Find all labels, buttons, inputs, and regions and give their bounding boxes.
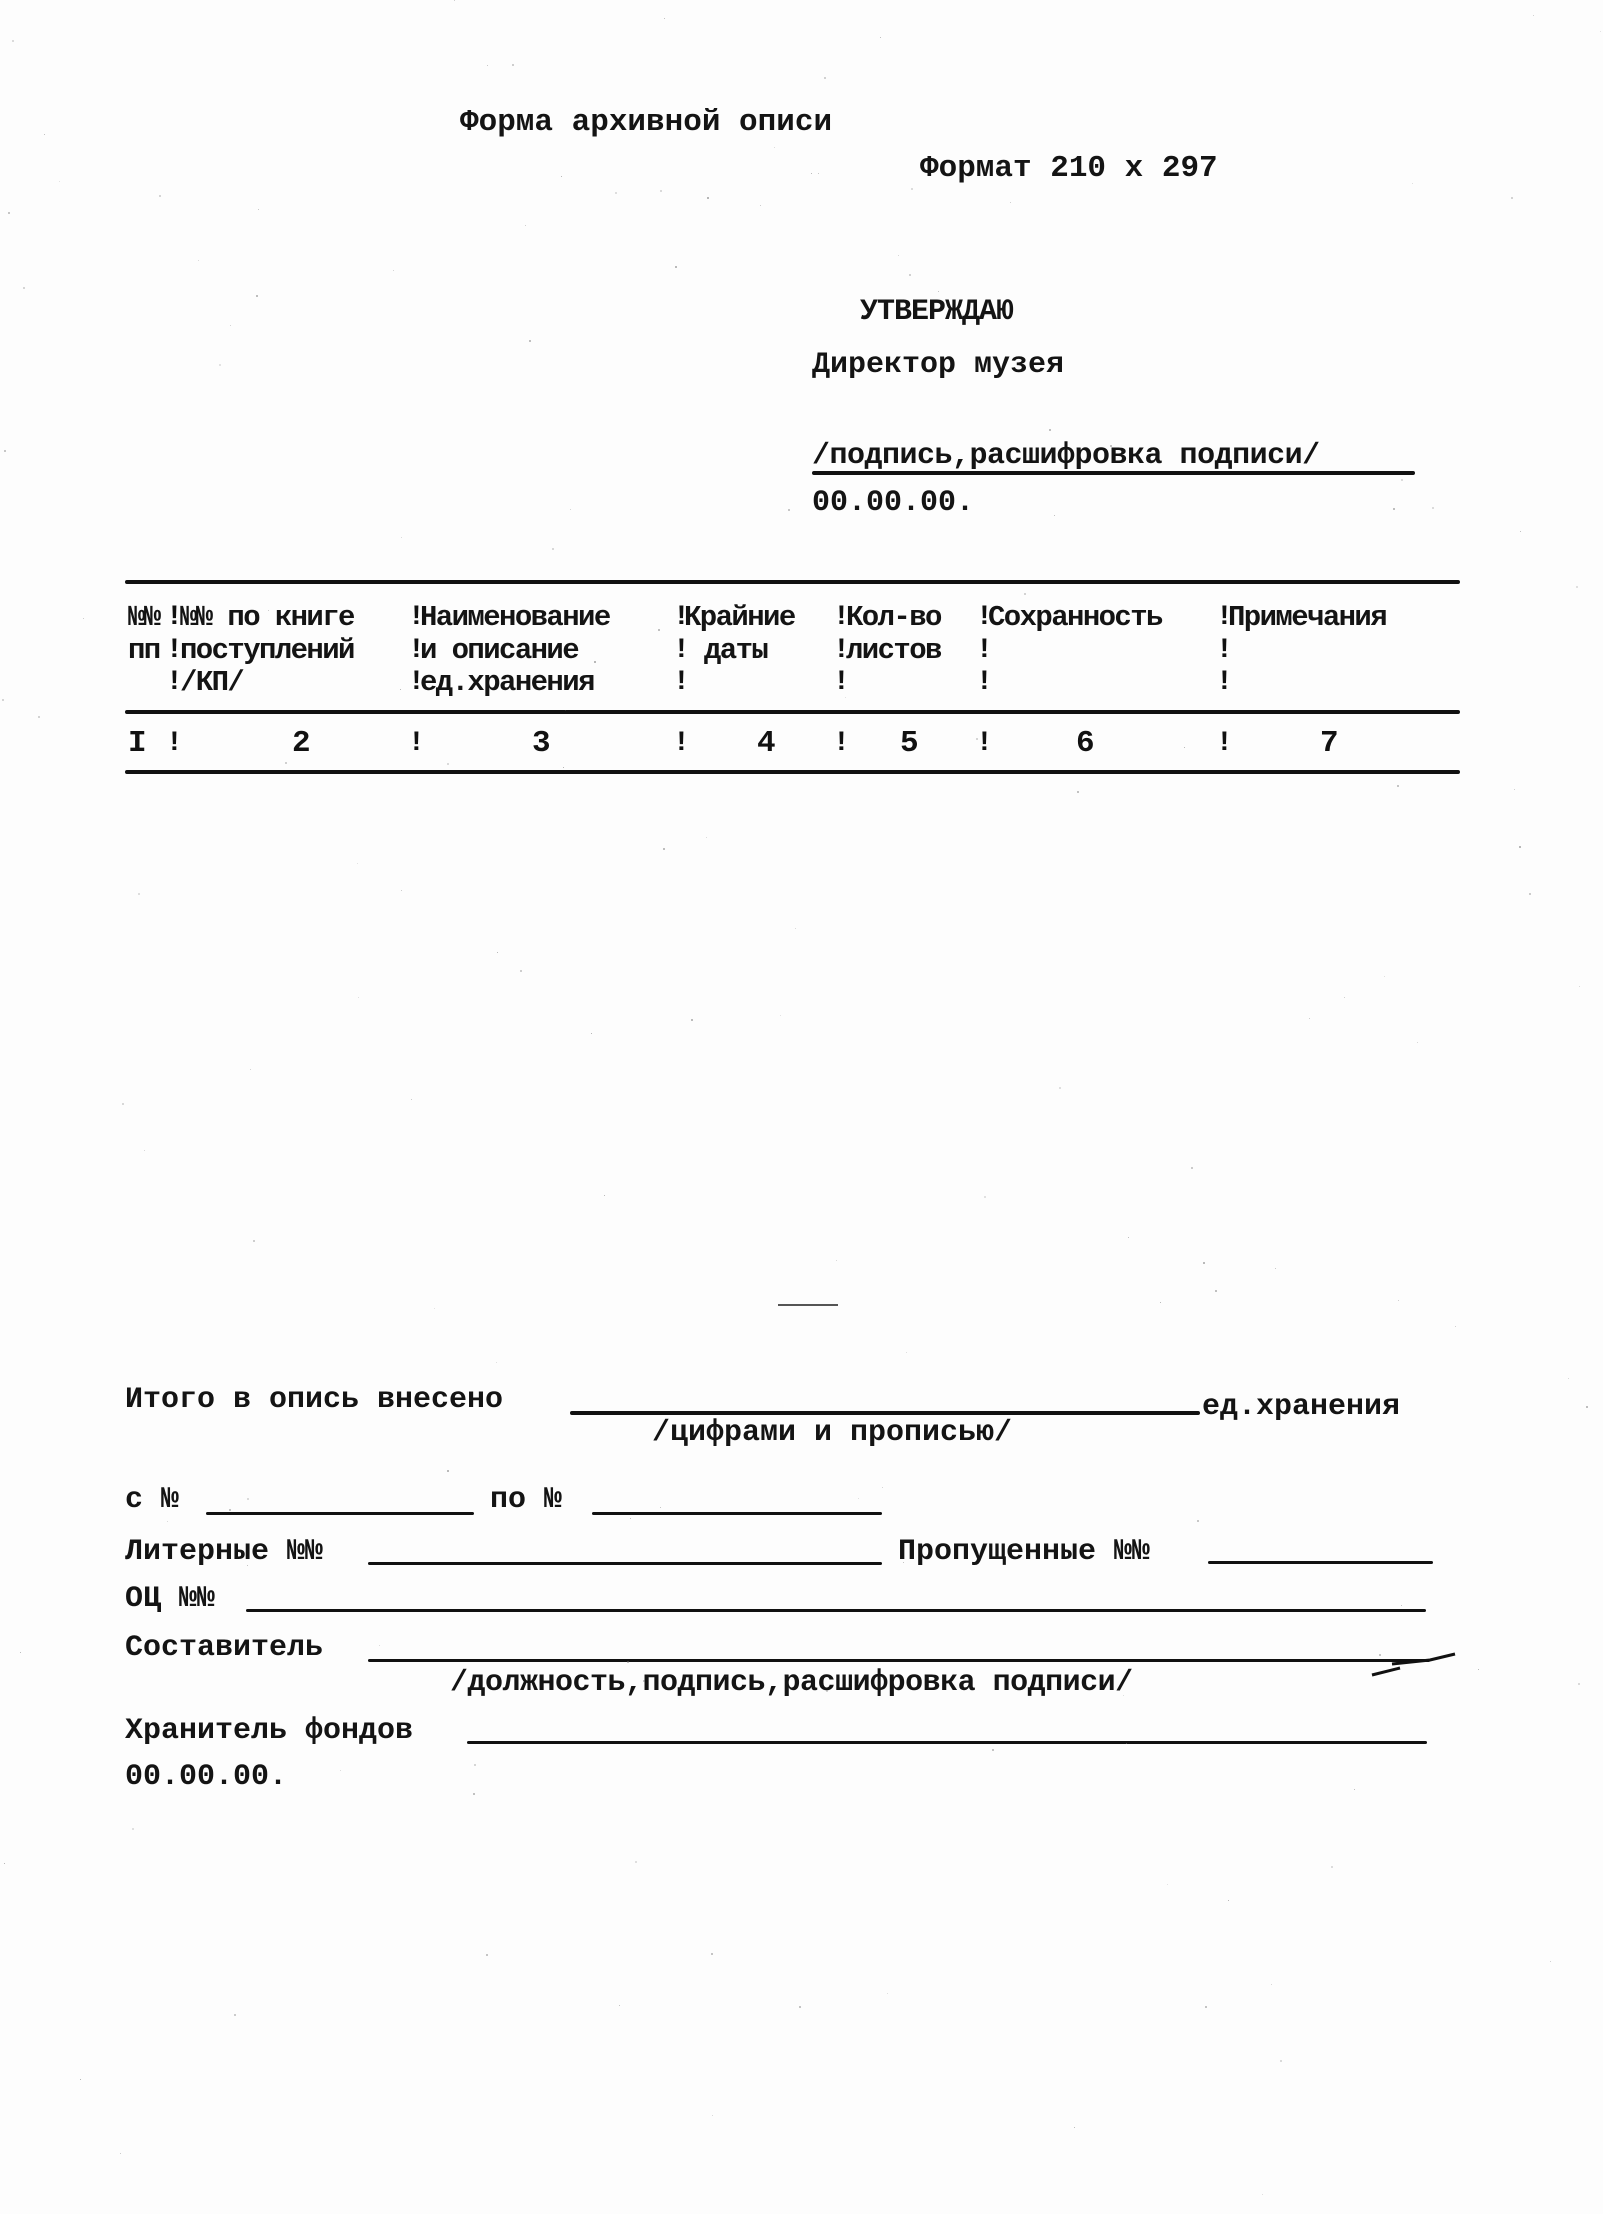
scan-speck [1529, 893, 1531, 895]
scan-speck [706, 837, 707, 838]
scan-speck [247, 1498, 249, 1500]
scan-speck [552, 548, 554, 550]
scan-speck [627, 1661, 629, 1663]
scan-speck [1412, 183, 1413, 184]
scan-speck [726, 1676, 727, 1677]
scan-speck [159, 195, 161, 197]
scan-speck [8, 212, 10, 214]
scan-speck [938, 291, 939, 292]
scan-speck [268, 610, 269, 611]
scan-speck [1600, 31, 1601, 32]
scan-speck [1533, 15, 1534, 16]
scan-speck [858, 1498, 859, 1499]
scan-speck [473, 1793, 475, 1795]
scan-speck [38, 716, 40, 718]
scan-speck [660, 190, 662, 192]
scan-speck [1478, 1669, 1479, 1670]
scan-speck [340, 1770, 341, 1771]
scan-speck [1344, 997, 1345, 998]
scan-speck [1550, 1961, 1551, 1962]
scan-speck [234, 2014, 236, 2016]
scan-speck [520, 970, 522, 972]
scan-speck [358, 997, 359, 998]
scan-speck [570, 509, 571, 510]
scan-speck [1197, 1520, 1199, 1522]
scan-speck [565, 710, 566, 711]
scan-speck [120, 2153, 121, 2154]
scan-speck [604, 1195, 605, 1196]
scan-speck [1010, 202, 1011, 203]
scan-speck [1228, 1900, 1229, 1901]
scan-speck [1126, 1743, 1127, 1744]
scan-speck [1568, 1378, 1569, 1379]
scan-speck [1586, 1406, 1588, 1408]
scan-speck [411, 1099, 412, 1100]
scan-speck [1049, 429, 1051, 431]
scan-speck [132, 1828, 134, 1830]
scan-speck [691, 1019, 693, 1021]
scan-speck [663, 848, 665, 850]
scan-speck [285, 762, 287, 764]
scan-speck [712, 2115, 713, 2116]
scan-speck [258, 209, 259, 210]
scan-speck [402, 1729, 403, 1730]
scan-speck [529, 340, 531, 342]
scan-speck [2, 699, 4, 701]
scan-speck [434, 1308, 435, 1309]
scan-speck [795, 928, 796, 929]
scan-speck [1354, 1789, 1355, 1790]
scan-speck [1160, 1302, 1161, 1303]
scan-speck [1275, 1268, 1276, 1269]
scan-speck [1514, 789, 1515, 790]
archive-inventory-form-page: Форма архивной описи Формат 210 х 297 УТ… [0, 0, 1603, 2214]
scan-speck [836, 1260, 837, 1261]
scan-speck [12, 40, 14, 42]
scan-speck [253, 1240, 255, 1242]
scan-speck [1059, 1087, 1061, 1089]
scan-speck [826, 1690, 828, 1692]
scan-speck [1215, 1290, 1217, 1292]
scan-speck [1203, 1262, 1205, 1264]
scan-speck [760, 205, 761, 206]
pen-stroke-mark [1372, 1654, 1455, 1675]
scan-speck [1417, 1042, 1418, 1043]
scan-speck [1262, 2194, 1263, 2195]
scan-speck [1271, 1984, 1272, 1985]
scan-speck [1401, 1605, 1402, 1606]
scan-speck [401, 537, 402, 538]
scan-speck [898, 255, 899, 256]
scan-speck [1331, 1866, 1333, 1868]
scan-speck [83, 618, 84, 619]
scan-speck [487, 65, 488, 66]
scan-speck [230, 325, 231, 326]
scan-speck [643, 1680, 645, 1682]
scan-speck [984, 1196, 986, 1198]
scan-speck [1379, 1654, 1381, 1656]
scan-speck [1520, 531, 1521, 532]
scan-speck [250, 1069, 251, 1070]
scan-speck [561, 176, 562, 177]
scan-speck [664, 18, 665, 19]
scan-speck [845, 697, 846, 698]
scan-speck [811, 173, 812, 174]
scan-speck [44, 134, 45, 135]
scan-speck [4, 450, 6, 452]
scan-speck [658, 629, 660, 631]
scan-speck [818, 173, 819, 174]
scan-speck [379, 1645, 380, 1646]
scan-speck [229, 1509, 231, 1511]
scan-speck [1579, 986, 1580, 987]
scan-speck [138, 893, 140, 895]
scan-speck [1384, 976, 1385, 977]
scan-speck [675, 266, 677, 268]
scan-speck [454, 0, 455, 1]
scan-speck [256, 295, 258, 297]
scan-speck [1184, 747, 1185, 748]
scan-speck [1024, 593, 1026, 595]
scan-speck [525, 225, 526, 226]
scan-speck [496, 1362, 497, 1363]
scan-speck [1128, 1237, 1129, 1238]
scan-speck [619, 2005, 620, 2006]
scan-speck [976, 738, 978, 740]
scan-speck [1077, 791, 1079, 793]
scan-speck [591, 1033, 592, 1034]
scan-speck [447, 763, 449, 765]
scan-speck [1167, 1884, 1168, 1885]
scan-speck [660, 1507, 661, 1508]
scan-speck [788, 509, 790, 511]
scan-speck [447, 1470, 449, 1472]
scan-speck [20, 1652, 21, 1653]
scan-speck [1393, 508, 1395, 510]
scan-speck [247, 1565, 248, 1566]
scan-speck [1074, 2127, 1075, 2128]
scan-speck [563, 767, 564, 768]
scan-speck [1455, 1326, 1456, 1327]
scan-speck [711, 1953, 713, 1955]
scan-speck [1309, 1018, 1310, 1019]
scan-speck [122, 1103, 124, 1105]
scan-speck [1054, 515, 1055, 516]
scan-speck [799, 2006, 801, 2008]
scan-speck [59, 181, 60, 182]
scan-speck [909, 274, 911, 276]
scan-speck [198, 260, 199, 261]
scan-speck [474, 1764, 476, 1766]
scan-speck [1576, 586, 1578, 588]
scan-speck [400, 689, 401, 690]
scan-speck [1110, 445, 1112, 447]
scan-speck [594, 661, 596, 663]
scan-speck [219, 364, 221, 366]
scan-speck [780, 1015, 781, 1016]
scan-speck [1578, 1683, 1580, 1685]
scan-speck [393, 270, 394, 271]
scan-speck [401, 890, 402, 891]
scan-speck [357, 863, 358, 864]
scan-speck [707, 197, 709, 199]
scan-speck [4, 1863, 5, 1864]
scan-speck [1398, 1300, 1399, 1301]
scan-speck [906, 1352, 907, 1353]
scan-speck [615, 192, 617, 194]
scan-speck [1123, 1695, 1124, 1696]
scan-speck [630, 1518, 631, 1519]
scan-speck [1401, 479, 1403, 481]
scan-speck [1511, 197, 1513, 199]
scan-marks [0, 0, 1603, 2214]
scan-speck [992, 1749, 994, 1751]
scan-speck [635, 1861, 637, 1863]
scan-speck [911, 188, 913, 190]
scan-speck [1519, 846, 1521, 848]
scan-speck [1191, 1167, 1193, 1169]
scan-speck [167, 1521, 168, 1522]
scan-speck [1432, 507, 1434, 509]
scan-speck [497, 952, 498, 953]
scan-speck [774, 147, 775, 148]
scan-speck [887, 1993, 888, 1994]
scan-speck [23, 287, 25, 289]
scan-speck [512, 64, 514, 66]
scan-speck [880, 37, 881, 38]
scan-speck [903, 1562, 904, 1563]
scan-speck [144, 1150, 145, 1151]
scan-speck [824, 77, 826, 79]
scan-speck [1280, 2060, 1282, 2062]
scan-speck [882, 1487, 883, 1488]
scan-speck [1205, 2006, 1207, 2008]
scan-speck [1397, 785, 1399, 787]
scan-speck [80, 2079, 81, 2080]
scan-speck [486, 1954, 488, 1956]
